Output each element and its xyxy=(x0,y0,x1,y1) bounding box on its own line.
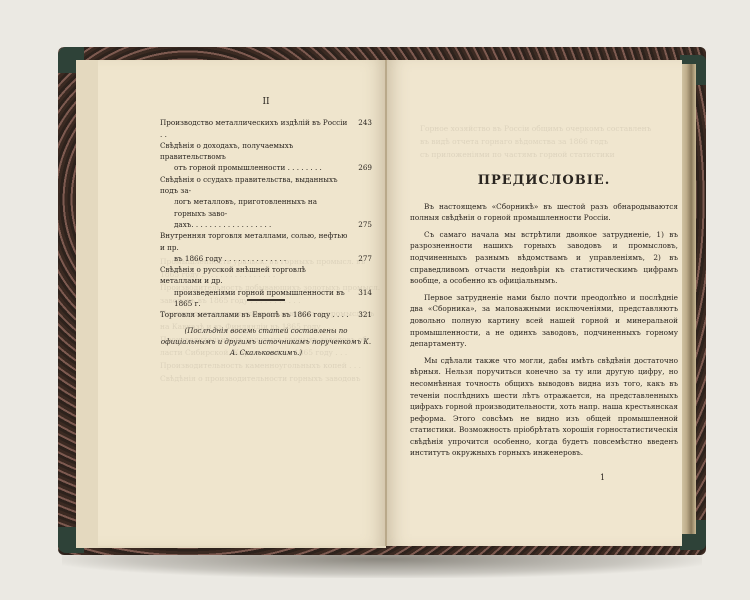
bleed-line: Горное хозяйство въ Россіи общимъ очерко… xyxy=(420,122,651,135)
book-gutter xyxy=(385,60,387,546)
preface-heading: ПРЕДИСЛОВІЕ. xyxy=(410,175,678,187)
toc-entry: логъ металловъ, приготовленныхъ на горны… xyxy=(160,196,372,219)
bleed-line: въ видѣ отчета горнаго вѣдомства за 1866… xyxy=(420,135,651,148)
section-divider xyxy=(247,299,285,301)
toc-entry: въ 1866 году . . . . . . . . . . . . . .… xyxy=(160,253,372,264)
toc-entry: Внутренняя торговля металлами, солью, не… xyxy=(160,230,372,253)
page-number: 1 xyxy=(600,473,605,482)
toc-entry: Производство металлическихъ издѣлій въ Р… xyxy=(160,117,372,140)
toc-entry: Свѣдѣнія о русской внѣшней торговлѣ мета… xyxy=(160,264,372,287)
toc-entry: отъ горной промышленности . . . . . . . … xyxy=(160,162,372,173)
toc-footnote: (Послѣднія восемь статей составлены по о… xyxy=(160,326,372,359)
preface: ПРЕДИСЛОВІЕ. Въ настоящемъ «Сборникѣ» въ… xyxy=(410,175,678,464)
page-block-edge xyxy=(680,64,696,534)
right-bleed-through: Горное хозяйство въ Россіи общимъ очерко… xyxy=(420,122,651,161)
page-marker: II xyxy=(160,97,372,108)
bleed-line: Производительность каменноугольныхъ копе… xyxy=(160,359,380,372)
bleed-line: Свѣдѣнія о производительности горныхъ за… xyxy=(160,372,380,385)
bleed-line: съ приложеніями по частямъ горной статис… xyxy=(420,148,651,161)
preface-paragraph: Въ настоящемъ «Сборникѣ» въ шестой разъ … xyxy=(410,201,678,224)
toc-entry: Свѣдѣнія о доходахъ, получаемыхъ правите… xyxy=(160,140,372,163)
preface-paragraph: Мы сдѣлали также что могли, дабы имѣть с… xyxy=(410,355,678,459)
toc-entry: дахъ. . . . . . . . . . . . . . . . . .2… xyxy=(160,219,372,230)
table-of-contents: II Производство металлическихъ издѣлій в… xyxy=(160,97,372,359)
toc-entry: Торговля металлами въ Европѣ въ 1866 год… xyxy=(160,309,372,320)
preface-paragraph: Первое затрудненіе нами было почти преод… xyxy=(410,292,678,350)
preface-paragraph: Съ самаго начала мы встрѣтили двоякое за… xyxy=(410,229,678,287)
toc-entry: Свѣдѣнія о ссудахъ правительства, выданн… xyxy=(160,174,372,197)
